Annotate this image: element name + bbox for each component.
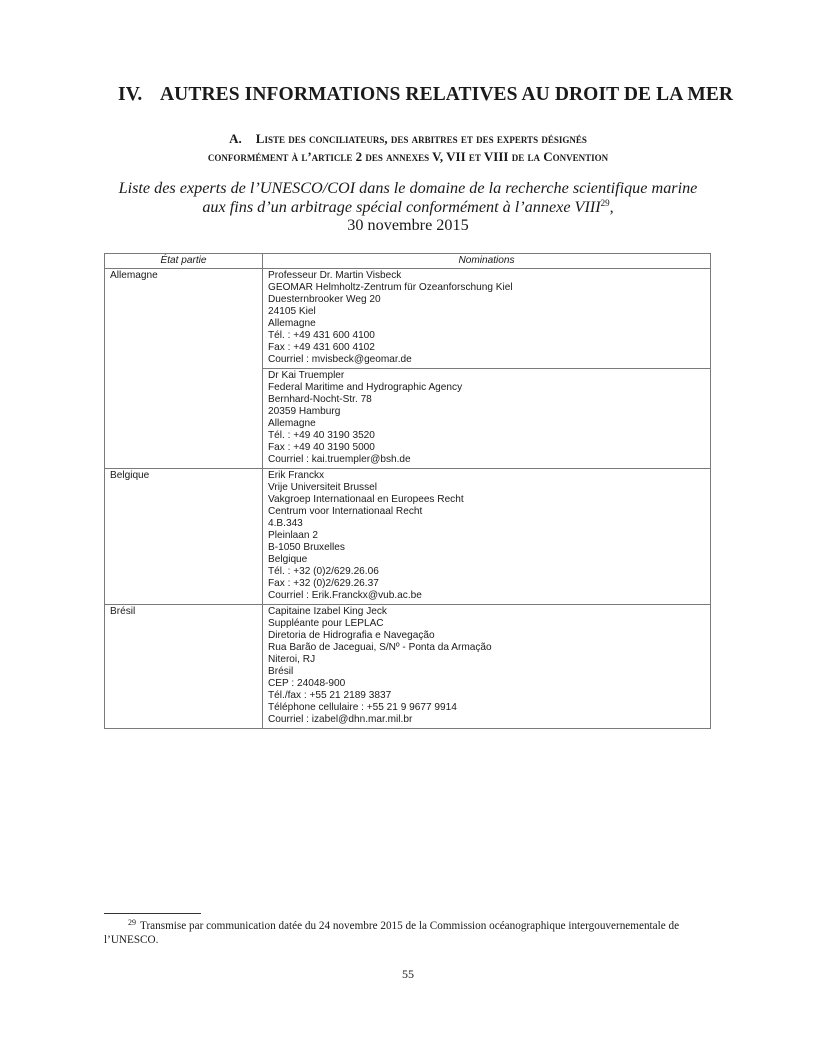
footnote-reference[interactable]: 29 (601, 198, 610, 208)
nominee-detail-line: B-1050 Bruxelles (268, 542, 705, 554)
nominee-detail-line: Rua Barão de Jaceguai, S/Nº - Ponta da A… (268, 642, 705, 654)
nomination-cell: Capitaine Izabel King JeckSuppléante pou… (263, 605, 711, 729)
list-subtitle: Liste des experts de l’UNESCO/COI dans l… (0, 179, 816, 235)
nominee-detail-line: Allemagne (268, 418, 705, 430)
nominee-detail-line: Federal Maritime and Hydrographic Agency (268, 382, 705, 394)
nominee-detail-line: Duesternbrooker Weg 20 (268, 294, 705, 306)
nominee-detail-line: 4.B.343 (268, 518, 705, 530)
chapter-title: AUTRES INFORMATIONS RELATIVES AU DROIT D… (160, 84, 733, 105)
table-row: AllemagneProfesseur Dr. Martin VisbeckGE… (105, 269, 711, 369)
chapter-heading: IV.AUTRES INFORMATIONS RELATIVES AU DROI… (118, 84, 733, 106)
state-party-cell: Brésil (105, 605, 263, 729)
nominee-detail-line: Tél. : +32 (0)2/629.26.06 (268, 566, 705, 578)
section-title-line-2: conformément à l’article 2 des annexes V… (0, 148, 816, 166)
subtitle-date: 30 novembre 2015 (0, 216, 816, 235)
nominee-detail-line: Courriel : mvisbeck@geomar.de (268, 354, 705, 366)
footnote-separator (104, 913, 201, 914)
nominee-name: Professeur Dr. Martin Visbeck (268, 270, 705, 282)
nominee-detail-line: Téléphone cellulaire : +55 21 9 9677 991… (268, 702, 705, 714)
nominee-detail-line: Fax : +32 (0)2/629.26.37 (268, 578, 705, 590)
nominee-detail-line: Bernhard-Nocht-Str. 78 (268, 394, 705, 406)
nominee-detail-line: Belgique (268, 554, 705, 566)
footnote-number: 29 (128, 918, 136, 927)
nominee-detail-line: CEP : 24048-900 (268, 678, 705, 690)
nominee-detail-line: Courriel : kai.truempler@bsh.de (268, 454, 705, 466)
table-header-row: État partie Nominations (105, 254, 711, 269)
nominee-detail-line: Fax : +49 431 600 4102 (268, 342, 705, 354)
nominee-detail-line: Vakgroep Internationaal en Europees Rech… (268, 494, 705, 506)
nominee-detail-line: Allemagne (268, 318, 705, 330)
nominee-detail-line: Courriel : Erik.Franckx@vub.ac.be (268, 590, 705, 602)
nominee-detail-line: Fax : +49 40 3190 5000 (268, 442, 705, 454)
nominee-detail-line: Suppléante pour LEPLAC (268, 618, 705, 630)
nominee-name: Erik Franckx (268, 470, 705, 482)
nominee-detail-line: 20359 Hamburg (268, 406, 705, 418)
subtitle-line-2: aux fins d’un arbitrage spécial conformé… (0, 198, 816, 217)
nominee-detail-line: Pleinlaan 2 (268, 530, 705, 542)
table-row: BelgiqueErik FranckxVrije Universiteit B… (105, 469, 711, 605)
section-label: A. (229, 130, 242, 148)
nominee-detail-line: GEOMAR Helmholtz-Zentrum für Ozeanforsch… (268, 282, 705, 294)
nominee-name: Capitaine Izabel King Jeck (268, 606, 705, 618)
section-title-line-1: Liste des conciliateurs, des arbitres et… (256, 131, 587, 146)
nomination-cell: Dr Kai TruemplerFederal Maritime and Hyd… (263, 369, 711, 469)
nominee-detail-line: Tél. : +49 431 600 4100 (268, 330, 705, 342)
section-heading: A.Liste des conciliateurs, des arbitres … (0, 130, 816, 166)
footnote: 29Transmise par communication datée du 2… (104, 920, 714, 947)
nominee-detail-line: Vrije Universiteit Brussel (268, 482, 705, 494)
column-header-state: État partie (105, 254, 263, 269)
nominee-detail-line: Niteroi, RJ (268, 654, 705, 666)
column-header-nominations: Nominations (263, 254, 711, 269)
nominee-name: Dr Kai Truempler (268, 370, 705, 382)
state-party-cell: Belgique (105, 469, 263, 605)
nominee-detail-line: Diretoria de Hidrografia e Navegação (268, 630, 705, 642)
footnote-text: Transmise par communication datée du 24 … (104, 920, 679, 946)
page-number: 55 (0, 967, 816, 982)
state-party-cell: Allemagne (105, 269, 263, 469)
nomination-cell: Erik FranckxVrije Universiteit BrusselVa… (263, 469, 711, 605)
section-heading-line-1: A.Liste des conciliateurs, des arbitres … (0, 130, 816, 148)
table-body: AllemagneProfesseur Dr. Martin VisbeckGE… (105, 269, 711, 729)
nominee-detail-line: Tél./fax : +55 21 2189 3837 (268, 690, 705, 702)
nominee-detail-line: Tél. : +49 40 3190 3520 (268, 430, 705, 442)
nomination-cell: Professeur Dr. Martin VisbeckGEOMAR Helm… (263, 269, 711, 369)
chapter-number: IV. (118, 84, 160, 106)
nominee-detail-line: 24105 Kiel (268, 306, 705, 318)
nominee-detail-line: Centrum voor Internationaal Recht (268, 506, 705, 518)
experts-table: État partie Nominations AllemagneProfess… (104, 253, 711, 729)
nominee-detail-line: Courriel : izabel@dhn.mar.mil.br (268, 714, 705, 726)
table-row: BrésilCapitaine Izabel King JeckSuppléan… (105, 605, 711, 729)
subtitle-line-1: Liste des experts de l’UNESCO/COI dans l… (0, 179, 816, 198)
nominee-detail-line: Brésil (268, 666, 705, 678)
